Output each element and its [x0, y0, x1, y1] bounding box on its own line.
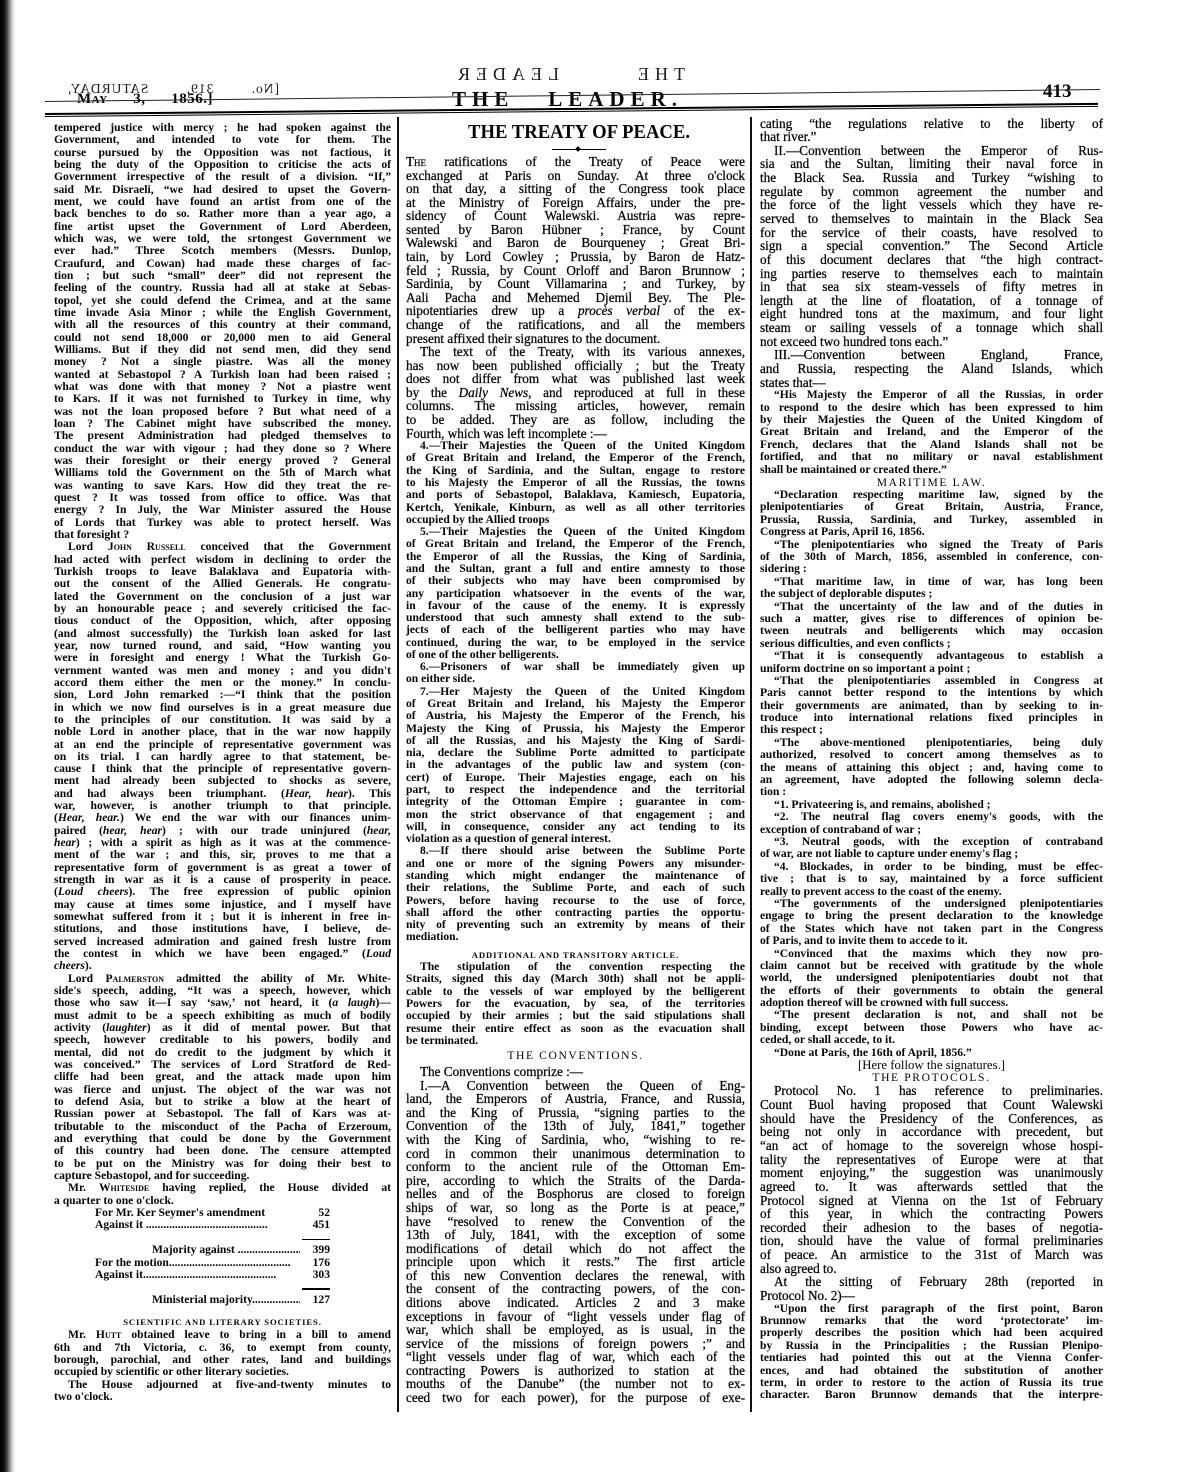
text-line: energy ? In July, the War Minister assur…	[54, 504, 391, 516]
text-line: Lord John Russell conceived that the Gov…	[54, 541, 391, 553]
column-right-conventions-protocols: cating “the regulations relative to the …	[760, 117, 1103, 1402]
paragraph: “Upon the first paragraph of the first p…	[760, 1303, 1103, 1402]
text-line: of this new Convention declares the rene…	[406, 1269, 745, 1283]
text-line: on either side.	[406, 673, 745, 685]
tally-row: Against it .............................…	[54, 1219, 391, 1231]
text-line: “an act of homage to the sovereign whose…	[760, 1139, 1103, 1153]
tally-label: For the motion..........................…	[95, 1257, 300, 1269]
text-line: The Conventions comprize :—	[406, 1065, 745, 1079]
text-line: should have the Presidency of the Confer…	[760, 1112, 1103, 1126]
text-line: Government irrespective of the result of…	[54, 171, 391, 183]
text-line: Walewski and Baron de Bourqueney ; Great…	[406, 236, 745, 250]
middle-column-left-border	[397, 117, 399, 1412]
paragraph: 4.—Their Majesties the Queen of the Unit…	[406, 440, 745, 526]
text-line: of this document declares that “the high…	[760, 253, 1103, 267]
paragraph: The stipulation of the convention respec…	[406, 961, 745, 1047]
tally-value: 127	[300, 1294, 330, 1306]
text-line: the force of the light vessels which the…	[760, 198, 1103, 212]
small-caps-text: Palmerston	[105, 972, 164, 985]
tally-rule	[54, 1281, 391, 1294]
tally-row: Against it..............................…	[54, 1269, 391, 1281]
text-line: properly describes the position which ha…	[760, 1327, 1103, 1339]
text-line: principle upon which it rests.” The firs…	[406, 1255, 745, 1269]
text-line: the contest in which we have been engage…	[54, 948, 391, 960]
text-line: ever had.” Three Scotch members (Messrs.…	[54, 245, 391, 257]
text-line: Mr. Hutt obtained leave to bring in a bi…	[54, 1329, 391, 1341]
page-number: 413	[1043, 83, 1077, 101]
text-line: also agreed to.	[760, 1262, 1103, 1276]
tally-value: 303	[300, 1269, 330, 1281]
paragraph: The text of the Treaty, with its various…	[406, 345, 745, 440]
paragraph: “The present declaration is not, and sha…	[760, 1009, 1103, 1046]
text-line: has now been published officially ; but …	[406, 359, 745, 373]
text-line: of the 30th of March, 1856, assembled in…	[760, 551, 1103, 563]
text-line: Sardinia, by Count Villamarina ; and Tur…	[406, 277, 745, 291]
text-line: of peace. An armistice to the 31st of Ma…	[760, 1248, 1103, 1262]
text-line: steam or sailing vessels of a tonnage wh…	[760, 321, 1103, 335]
paragraph: I.—A Convention between the Queen of Eng…	[406, 1079, 745, 1405]
tally-row: Majority against .......................…	[54, 1244, 391, 1256]
section-heading: THE CONVENTIONS.	[406, 1047, 745, 1065]
division-tally: For Mr. Ker Seymer's amendment52Against …	[54, 1207, 391, 1306]
text-line: to Kars. If it was not furnished to Turk…	[54, 393, 391, 405]
paragraph: II.—Convention between the Emperor of Ru…	[760, 144, 1103, 349]
text-line: back benches to do so. Rather more than …	[54, 208, 391, 220]
text-line: in the advantages of the public law and …	[406, 759, 745, 771]
text-line: states that—	[760, 376, 1103, 390]
text-line: out the consent of the Allied Generals. …	[54, 578, 391, 590]
text-line: moment enjoying,” the suggestion was una…	[760, 1166, 1103, 1180]
paragraph: “The above-mentioned plenipotentiaries, …	[760, 737, 1103, 799]
text-line: columns. The missing articles, however, …	[406, 399, 745, 413]
text-line: at an end the principle of representativ…	[54, 739, 391, 751]
paragraph: Lord John Russell conceived that the Gov…	[54, 541, 391, 972]
text-line: of war, are not liable to capture under …	[760, 848, 1103, 860]
text-line: 8.—If there should arise between the Sub…	[406, 845, 745, 857]
text-line: exchanged at Paris on Sunday. At three o…	[406, 169, 745, 183]
text-line: character. Baron Brunnow demands that th…	[760, 1389, 1103, 1401]
text-line: tentiaries had pointed this out at the V…	[760, 1352, 1103, 1364]
article-title-block: THE TREATY OF PEACE.	[406, 121, 745, 155]
text-line: Straits, signed this day (March 30th) sh…	[406, 973, 745, 985]
small-caps-text: Whiteside	[99, 1181, 149, 1194]
text-line: regulate by common agreement the number …	[760, 185, 1103, 199]
text-line: plenipotentiaries of Great Britain, Aust…	[760, 501, 1103, 513]
text-line: fortified, and that no military or naval…	[760, 451, 1103, 463]
text-line: Protocol No. 2)—	[760, 1289, 1103, 1303]
text-line: sign a special convention.” The Second A…	[760, 239, 1103, 253]
text-line: ment of the war ; and this, sir, proves …	[54, 849, 391, 861]
text-line: sidency of Count Walewski. Austria was r…	[406, 209, 745, 223]
middle-column-right-border	[750, 117, 752, 1412]
paragraph: “2. The neutral flag covers enemy's good…	[760, 811, 1103, 836]
small-caps-text: Hutt	[96, 1328, 121, 1341]
text-line: Paris cannot better respond to the inten…	[760, 687, 1103, 699]
text-line: “The present declaration is not, and sha…	[760, 1009, 1103, 1021]
italic-text: cheers	[54, 959, 85, 972]
text-line: an agreement, have adopted the following…	[760, 774, 1103, 786]
paragraph: 5.—Their Majesties the Queen of the Unit…	[406, 526, 745, 661]
text-line: contracting Powers is authorized to stat…	[406, 1364, 745, 1378]
italic-text: Hear, hear	[285, 787, 348, 800]
bleed-through-masthead-text: THE LEADER	[452, 66, 685, 83]
text-line: tain, by Lord Cowley ; Prussia, by Baron…	[406, 250, 745, 264]
centered-note: [Here follow the signatures.]	[760, 1059, 1103, 1071]
text-line: ceded, or shall accede, to it.	[760, 1034, 1103, 1046]
text-line: two o'clock.	[54, 1391, 391, 1403]
text-line: those who saw it—I say ‘saw,’ not heard,…	[54, 997, 391, 1009]
text-line: does not differ from what was published …	[406, 372, 745, 386]
text-line: mediation.	[406, 931, 745, 943]
paragraph: The House adjourned at five-and-twenty m…	[54, 1379, 391, 1404]
newspaper-page: [No. 319, SATURDAY, THE LEADER May 3, 18…	[0, 0, 1179, 1472]
text-line: mouths of the Danube” (the number not to…	[406, 1377, 745, 1391]
paragraph: “The plenipotentiaries who signed the Tr…	[760, 539, 1103, 576]
text-line: served to themselves to maintain in the …	[760, 212, 1103, 226]
text-line: ships of war, so long as the Porte is at…	[406, 1201, 745, 1215]
page-number-text: 413	[1043, 83, 1077, 101]
text-line: ceed two for each power), for the purpos…	[406, 1391, 745, 1405]
article-title: THE TREATY OF PEACE.	[468, 121, 690, 143]
text-line: the subject of deplorable disputes ;	[760, 588, 1103, 600]
text-line: shall be maintained or created there.”	[760, 464, 1103, 476]
text-line: recorded their adhesion to the bases of …	[760, 1221, 1103, 1235]
text-line: their relations, the Sublime Porte, and …	[406, 882, 745, 894]
text-line: being not only in accordance with preced…	[760, 1125, 1103, 1139]
paragraph: Mr. Whiteside having replied, the House …	[54, 1182, 391, 1207]
text-line: tious conduct of the Opposition, which, …	[54, 615, 391, 627]
tally-label: Ministerial majority....................…	[152, 1294, 300, 1306]
paragraph: cating “the regulations relative to the …	[760, 117, 1103, 144]
text-line: were in foresight and energy ! What the …	[54, 652, 391, 664]
small-caps-text: John Russell	[108, 540, 186, 553]
text-line: with the King of Sardinia, who, “wishing…	[406, 1133, 745, 1147]
paragraph: At the sitting of February 28th (reporte…	[760, 1275, 1103, 1302]
text-line: Aali Pacha and Mehemed Djemil Bey. The P…	[406, 291, 745, 305]
text-line: speech, however creditable to his powers…	[54, 1034, 391, 1046]
italic-text: hear, hear	[103, 824, 162, 837]
text-line: Kertch, Yenikale, Kinburn, as well as al…	[406, 502, 745, 514]
paragraph: tempered justice with mercy ; he had spo…	[54, 122, 391, 541]
column-middle-treaty-of-peace: THE TREATY OF PEACE.The ratifications of…	[406, 121, 745, 1405]
text-line: any participation whatsoever in the even…	[406, 588, 745, 600]
text-line: 13th of July, 1841, with the exception o…	[406, 1228, 745, 1242]
paragraph: “That the plenipotentiaries assembled in…	[760, 675, 1103, 737]
text-line: ditions above indicated. Articles 2 and …	[406, 1296, 745, 1310]
text-line: ing parties reserve to themselves each t…	[760, 267, 1103, 281]
text-line: Williams told the Government on the 5th …	[54, 467, 391, 479]
italic-text: Loud cheers	[58, 885, 129, 898]
text-line: sia and the Sultan, limiting their naval…	[760, 157, 1103, 171]
text-line: cord in common their unanimous determina…	[406, 1147, 745, 1161]
text-line: tive ; that is to say, maintained by a f…	[760, 873, 1103, 885]
text-line: Protocol signed at Vienna on the 1st of …	[760, 1194, 1103, 1208]
text-line: the consent of the contracting powers, o…	[406, 1282, 745, 1296]
text-line: sidering :	[760, 563, 1103, 575]
text-line: land, the Emperors of Austria, France, a…	[406, 1092, 745, 1106]
tally-rule	[54, 1231, 391, 1244]
paragraph: 8.—If there should arise between the Sub…	[406, 845, 745, 943]
text-line: Count Buol having proposed that Count Wa…	[760, 1098, 1103, 1112]
tally-label: Against it..............................…	[95, 1269, 300, 1281]
paragraph: “3. Neutral goods, with the exception of…	[760, 836, 1103, 861]
text-line: in which we now find ourselves is in a g…	[54, 702, 391, 714]
paragraph: “The governments of the undersigned plen…	[760, 898, 1103, 948]
text-line: occupied by their armies ; but the said …	[406, 1010, 745, 1022]
paragraph: “That the uncertainty of the law and of …	[760, 601, 1103, 651]
paragraph: “Convinced that the maxims which they no…	[760, 948, 1103, 1010]
text-line: this respect ;	[760, 724, 1103, 736]
tally-value: 176	[300, 1257, 330, 1269]
paragraph: “That it is consequently advantageous to…	[760, 650, 1103, 675]
text-line: by the Daily News, and reproduced at ful…	[406, 386, 745, 400]
paragraph: “Declaration respecting maritime law, si…	[760, 489, 1103, 539]
paragraph: The ratifications of the Treaty of Peace…	[406, 155, 745, 345]
text-line: “light vessels under flag of war, which …	[406, 1350, 745, 1364]
text-line: on that day, a sitting of the Congress t…	[406, 182, 745, 196]
text-line: integrity of the Ottoman Empire ; guaran…	[406, 796, 745, 808]
paragraph: Protocol No. 1 has reference to prelimin…	[760, 1084, 1103, 1275]
italic-text: Loud	[366, 947, 391, 960]
text-line: in that sea six steam-vessels of fifty m…	[760, 280, 1103, 294]
text-line: have “resolved to renew the Convention o…	[406, 1215, 745, 1229]
text-line: noble Lord in another place, that in the…	[54, 726, 391, 738]
tally-label: Against it .............................…	[95, 1219, 300, 1231]
text-line: engage to bring the present declaration …	[760, 910, 1103, 922]
text-line: At the sitting of February 28th (reporte…	[760, 1275, 1103, 1289]
text-line: Protocol No. 1 has reference to prelimin…	[760, 1084, 1103, 1098]
text-line: and Russia, respecting the Aland Islands…	[760, 362, 1103, 376]
text-line: nipotentiaries drew up a procès verbal o…	[406, 304, 745, 318]
tally-row: For Mr. Ker Seymer's amendment52	[54, 1207, 391, 1219]
paragraph: “His Majesty the Emperor of all the Russ…	[760, 389, 1103, 476]
text-line: agreed to. It was afterwards settled tha…	[760, 1180, 1103, 1194]
italic-text: hear	[54, 836, 76, 849]
italic-text: laughter	[106, 1021, 147, 1034]
paragraph: 6.—Prisoners of war shall be immediately…	[406, 661, 745, 686]
tally-row: Ministerial majority....................…	[54, 1294, 391, 1306]
text-line: The present Administration had pledged t…	[54, 430, 391, 442]
paragraph: The Conventions comprize :—	[406, 1065, 745, 1079]
text-line: of Paris, and to invite them to accede t…	[760, 935, 1103, 947]
text-line: Mr. Whiteside having replied, the House …	[54, 1182, 391, 1194]
text-line: Government, and intended to vote for the…	[54, 134, 391, 146]
text-line: with all the resources of this country a…	[54, 319, 391, 331]
bleed-through-masthead: THE LEADER	[452, 66, 685, 83]
text-line: war, which shall be employed, as is usua…	[406, 1323, 745, 1337]
text-line: Convention of the 13th of July, 1841,” t…	[406, 1119, 745, 1133]
text-line: (Loud cheers). The free expression of pu…	[54, 886, 391, 898]
text-line: tion :	[760, 786, 1103, 798]
text-line: tality the representatives of Europe wer…	[760, 1153, 1103, 1167]
paragraph: III.—Convention between England, France,…	[760, 348, 1103, 389]
text-line: authorized, resolved to concert among th…	[760, 749, 1103, 761]
small-caps-text: The	[406, 154, 426, 169]
text-line: stitutions, and those institutions have,…	[54, 923, 391, 935]
text-line: to be added. They are as follow, includi…	[406, 413, 745, 427]
text-line: Fourth, which was left incomplete :—	[406, 427, 745, 441]
italic-text: a laugh	[332, 996, 375, 1009]
tally-label: Majority against .......................…	[152, 1244, 300, 1256]
text-line: be terminated.	[406, 1035, 745, 1047]
text-line: of this year, in which the contracting P…	[760, 1207, 1103, 1221]
text-line: present affixed their signatures to the …	[406, 332, 745, 346]
text-line: feeling of the country. Russia had all a…	[54, 282, 391, 294]
column-left-parliamentary-report: tempered justice with mercy ; he had spo…	[54, 122, 391, 1403]
text-line: not exceed two hundred tons each.”	[760, 335, 1103, 349]
text-line: eight hundred tons at the maximum, and f…	[760, 307, 1103, 321]
paragraph: Mr. Hutt obtained leave to bring in a bi…	[54, 1329, 391, 1378]
text-line: money ? Not a single piastre. Was all th…	[54, 356, 391, 368]
tally-value: 399	[300, 1244, 330, 1256]
text-line: of Great Britain and Ireland, the Empero…	[406, 538, 745, 550]
tally-row: For the motion..........................…	[54, 1257, 391, 1269]
tally-value: 451	[300, 1219, 330, 1231]
scanned-page-edge	[0, 0, 16, 1472]
text-line: cating “the regulations relative to the …	[760, 117, 1103, 131]
text-line: of Great Britain and Ireland, the Empero…	[406, 452, 745, 464]
text-line: feld ; Russia, by Count Orloff and Baron…	[406, 264, 745, 278]
text-line: tween neutrals and belligerents which ma…	[760, 625, 1103, 637]
text-line: at the Ministry of Foreign Affairs, unde…	[406, 196, 745, 210]
text-line: Russian power at Sebastopol. The fall of…	[54, 1108, 391, 1120]
paragraph: “4. Blockades, in order to be binding, m…	[760, 861, 1103, 898]
text-line: change of the ratifications, and all the…	[406, 318, 745, 332]
text-line: vernment wanted was men and money ; and …	[54, 665, 391, 677]
text-line: conform to the ancient rule of the Ottom…	[406, 1160, 745, 1174]
tally-label: For Mr. Ker Seymer's amendment	[95, 1207, 300, 1219]
text-line: of Austria, his Majesty the Emperor of t…	[406, 710, 745, 722]
text-line: and ports of Sebastopol, Balaklava, Kami…	[406, 489, 745, 501]
paragraph: 7.—Her Majesty the Queen of the United K…	[406, 686, 745, 846]
text-line: jects of each of the belligerent parties…	[406, 624, 745, 636]
text-line: I.—A Convention between the Queen of Eng…	[406, 1079, 745, 1093]
text-line: II.—Convention between the Emperor of Ru…	[760, 144, 1103, 158]
text-line: Powers, before having recourse to the us…	[406, 895, 745, 907]
text-line: a quarter to one o'clock.	[54, 1195, 391, 1207]
text-line: “2. The neutral flag covers enemy's good…	[760, 811, 1103, 823]
text-line: sented by Baron Hübner ; France, by Coun…	[406, 223, 745, 237]
section-heading: SCIENTIFIC AND LITERARY SOCIETIES.	[54, 1317, 391, 1328]
paragraph: Lord Palmerston admitted the ability of …	[54, 973, 391, 1183]
text-line: and the King of Prussia, “signing partie…	[406, 1106, 745, 1120]
text-line: sion, Lord John remarked :—“I think that…	[54, 689, 391, 701]
text-line: tion, should have the value of formal pr…	[760, 1234, 1103, 1248]
text-line: Congress at Paris, April 16, 1856.	[760, 526, 1103, 538]
text-line: cliffe had been great, and the attack ma…	[54, 1071, 391, 1083]
text-line: exceptions in favour of “light vessels u…	[406, 1310, 745, 1324]
text-line: the Black Sea. Russia and Turkey “wishin…	[760, 171, 1103, 185]
text-line: length at the line of floatation, of a t…	[760, 294, 1103, 308]
text-line: occupied by scientific or other literary…	[54, 1366, 391, 1378]
text-line: modifications of detail which do not aff…	[406, 1242, 745, 1256]
text-line: “His Majesty the Emperor of all the Russ…	[760, 389, 1103, 401]
text-line: of their subjects who may have been comp…	[406, 575, 745, 587]
text-line: III.—Convention between England, France,	[760, 348, 1103, 362]
text-line: that river.”	[760, 130, 1103, 144]
text-line: The ratifications of the Treaty of Peace…	[406, 155, 745, 169]
text-line: service of the missions of foreign power…	[406, 1337, 745, 1351]
italic-text: Hear, hear.	[58, 811, 120, 824]
text-line: for the service of their coasts, have re…	[760, 226, 1103, 240]
text-line: “That it is consequently advantageous to…	[760, 650, 1103, 662]
text-line: of this country had been done. The censu…	[54, 1145, 391, 1157]
text-line: world, the undersigned plenipotentiaries…	[760, 972, 1103, 984]
text-line: pire, according to which the Straits of …	[406, 1174, 745, 1188]
text-line: The text of the Treaty, with its various…	[406, 345, 745, 359]
paragraph: “That maritime law, in time of war, has …	[760, 576, 1103, 601]
text-line: nelles and of the Bosphorus are closed t…	[406, 1187, 745, 1201]
title-ornament-rule	[406, 143, 745, 155]
italic-text: hear,	[367, 824, 391, 837]
